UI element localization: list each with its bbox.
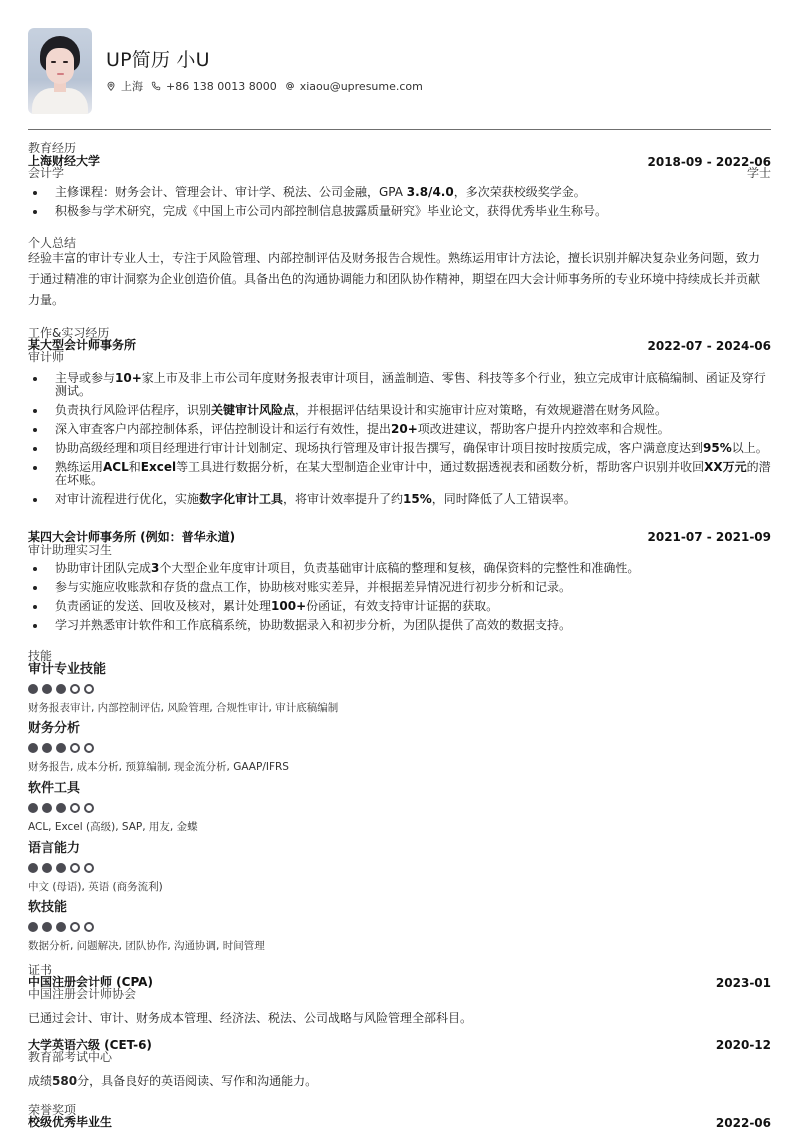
list-item: 积极参与学术研究，完成《中国上市公司内部控制信息披露质量研究》毕业论文，获得优秀…	[28, 205, 771, 218]
skill-description: 中文 (母语), 英语 (商务流利)	[28, 881, 428, 894]
contact-info: 上海 +86 138 0013 8000 xiaou@upresume.com	[106, 78, 431, 94]
phone-text: +86 138 0013 8000	[166, 80, 277, 93]
rating-dot-filled-icon	[28, 863, 38, 873]
certificate-issuer: 教育部考试中心	[28, 1051, 112, 1064]
major: 会计学	[28, 167, 64, 180]
skill-item: 软件工具ACL, Excel (高级), SAP, 用友, 金蝶	[28, 781, 428, 834]
list-item: 学习并熟悉审计软件和工作底稿系统，协助数据录入和初步分析，为团队提供了高效的数据…	[28, 619, 771, 632]
certificate-date: 2023-01	[716, 977, 771, 990]
location-text: 上海	[121, 78, 143, 94]
skill-rating	[28, 803, 428, 813]
list-item: 负责执行风险评估程序，识别关键审计风险点，并根据评估结果设计和实施审计应对策略，…	[28, 404, 771, 417]
rating-dot-filled-icon	[42, 803, 52, 813]
rating-dot-filled-icon	[28, 684, 38, 694]
rating-dot-empty-icon	[70, 684, 80, 694]
list-item: 主修课程：财务会计、管理会计、审计学、税法、公司金融，GPA 3.8/4.0，多…	[28, 186, 771, 199]
skill-name: 审计专业技能	[28, 662, 428, 677]
phone-icon	[151, 81, 161, 91]
rating-dot-filled-icon	[56, 922, 66, 932]
rating-dot-filled-icon	[56, 803, 66, 813]
skill-item: 语言能力中文 (母语), 英语 (商务流利)	[28, 841, 428, 894]
certificate-issuer: 中国注册会计师协会	[28, 988, 136, 1001]
resume-page: UP简历 小U 上海 +86 138 0013 8000 xiaou@upres…	[0, 0, 799, 1130]
skill-item: 软技能数据分析, 问题解决, 团队协作, 沟通协调, 时间管理	[28, 900, 428, 953]
location-pin-icon	[106, 81, 116, 91]
contact-email: xiaou@upresume.com	[285, 80, 423, 93]
list-item: 负责函证的发送、回收及核对，累计处理100+份函证，有效支持审计证据的获取。	[28, 600, 771, 613]
list-item: 深入审查客户内部控制体系，评估控制设计和运行有效性，提出20+项改进建议，帮助客…	[28, 423, 771, 436]
email-text: xiaou@upresume.com	[300, 80, 423, 93]
skill-description: 数据分析, 问题解决, 团队协作, 沟通协调, 时间管理	[28, 940, 428, 953]
skill-rating	[28, 743, 428, 753]
rating-dot-empty-icon	[84, 743, 94, 753]
certificate-description: 已通过会计、审计、财务成本管理、经济法、税法、公司战略与风险管理全部科目。	[28, 1008, 771, 1028]
job-role: 审计师	[28, 351, 64, 364]
rating-dot-filled-icon	[42, 684, 52, 694]
certificate-date: 2020-12	[716, 1039, 771, 1052]
rating-dot-empty-icon	[84, 684, 94, 694]
rating-dot-filled-icon	[42, 922, 52, 932]
rating-dot-empty-icon	[84, 863, 94, 873]
list-item: 参与实施应收账款和存货的盘点工作，协助核对账实差异，并根据差异情况进行初步分析和…	[28, 581, 771, 594]
job-bullets: 主导或参与10+家上市及非上市公司年度财务报表审计项目，涵盖制造、零售、科技等多…	[28, 372, 771, 512]
resume-header: UP简历 小U 上海 +86 138 0013 8000 xiaou@upres…	[28, 28, 431, 114]
rating-dot-filled-icon	[28, 743, 38, 753]
skill-description: ACL, Excel (高级), SAP, 用友, 金蝶	[28, 821, 428, 834]
job-role: 审计助理实习生	[28, 544, 112, 557]
list-item: 主导或参与10+家上市及非上市公司年度财务报表审计项目，涵盖制造、零售、科技等多…	[28, 372, 771, 398]
list-item: 协助审计团队完成3个大型企业年度审计项目，负责基础审计底稿的整理和复核，确保资料…	[28, 562, 771, 575]
education-bullets: 主修课程：财务会计、管理会计、审计学、税法、公司金融，GPA 3.8/4.0，多…	[28, 186, 771, 224]
rating-dot-empty-icon	[84, 803, 94, 813]
skill-rating	[28, 684, 428, 694]
contact-phone: +86 138 0013 8000	[151, 80, 277, 93]
rating-dot-filled-icon	[28, 803, 38, 813]
rating-dot-empty-icon	[70, 803, 80, 813]
rating-dot-empty-icon	[70, 922, 80, 932]
summary-text: 经验丰富的审计专业人士，专注于风险管理、内部控制评估及财务报告合规性。熟练运用审…	[28, 248, 771, 311]
rating-dot-empty-icon	[84, 922, 94, 932]
rating-dot-empty-icon	[70, 743, 80, 753]
skill-name: 软技能	[28, 900, 428, 915]
skill-description: 财务报表审计, 内部控制评估, 风险管理, 合规性审计, 审计底稿编制	[28, 702, 428, 715]
job-dates: 2022-07 - 2024-06	[648, 340, 772, 353]
skill-item: 审计专业技能财务报表审计, 内部控制评估, 风险管理, 合规性审计, 审计底稿编…	[28, 662, 428, 715]
award-date: 2022-06	[716, 1117, 771, 1130]
award-name: 校级优秀毕业生	[28, 1116, 112, 1129]
profile-photo	[28, 28, 92, 114]
skill-rating	[28, 863, 428, 873]
degree: 学士	[747, 167, 771, 180]
skill-item: 财务分析财务报告, 成本分析, 预算编制, 现金流分析, GAAP/IFRS	[28, 721, 428, 774]
list-item: 对审计流程进行优化，实施数字化审计工具，将审计效率提升了约15%，同时降低了人工…	[28, 493, 771, 506]
certificate-description: 成绩580分，具备良好的英语阅读、写作和沟通能力。	[28, 1071, 771, 1091]
rating-dot-filled-icon	[42, 863, 52, 873]
rating-dot-filled-icon	[56, 684, 66, 694]
job-dates: 2021-07 - 2021-09	[648, 531, 772, 544]
candidate-name: UP简历 小U	[106, 48, 431, 72]
rating-dot-empty-icon	[70, 863, 80, 873]
skill-name: 语言能力	[28, 841, 428, 856]
skill-description: 财务报告, 成本分析, 预算编制, 现金流分析, GAAP/IFRS	[28, 761, 428, 774]
skill-name: 财务分析	[28, 721, 428, 736]
skill-rating	[28, 922, 428, 932]
rating-dot-filled-icon	[56, 863, 66, 873]
list-item: 熟练运用ACL和Excel等工具进行数据分析，在某大型制造企业审计中，通过数据透…	[28, 461, 771, 487]
list-item: 协助高级经理和项目经理进行审计计划制定、现场执行管理及审计报告撰写，确保审计项目…	[28, 442, 771, 455]
header-divider	[28, 129, 771, 130]
job-bullets: 协助审计团队完成3个大型企业年度审计项目，负责基础审计底稿的整理和复核，确保资料…	[28, 562, 771, 638]
contact-location: 上海	[106, 78, 143, 94]
at-sign-icon	[285, 81, 295, 91]
rating-dot-filled-icon	[28, 922, 38, 932]
rating-dot-filled-icon	[42, 743, 52, 753]
skill-name: 软件工具	[28, 781, 428, 796]
rating-dot-filled-icon	[56, 743, 66, 753]
